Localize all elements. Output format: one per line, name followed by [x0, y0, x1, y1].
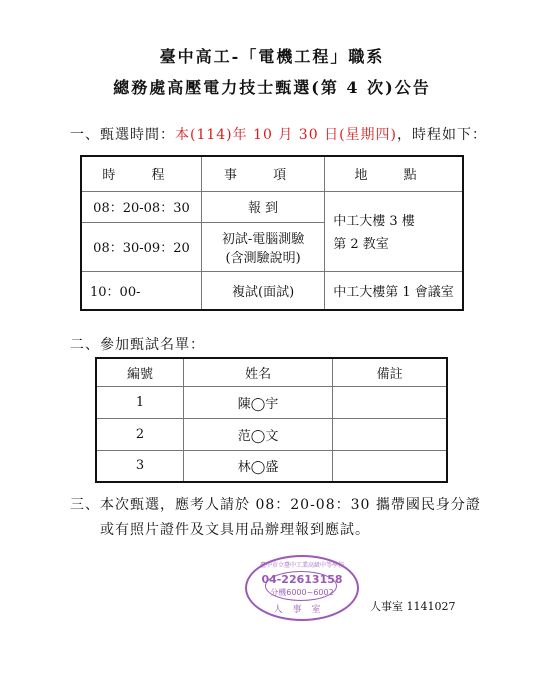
footer-signature: 人事室 1141027	[370, 598, 456, 614]
name-cell: 林◯盛	[184, 450, 333, 482]
schedule-row: 08：20-08：30 報 到 中工大樓 3 樓 第 2 教室	[81, 191, 463, 222]
number-cell: 3	[96, 450, 184, 482]
section-1-prefix: 一、甄選時間：	[70, 127, 175, 143]
number-cell: 2	[96, 418, 184, 450]
section-3-line-2: 或有照片證件及文具用品辦理報到應試。	[100, 519, 370, 539]
section-1-suffix: ，時程如下：	[397, 127, 487, 143]
candidate-table: 編號 姓名 備註 1 陳◯宇 2 范◯文 3 林◯盛	[95, 357, 448, 483]
location-cell: 中工大樓第 1 會議室	[325, 271, 463, 310]
seal-extension: 分機6000~6002	[247, 587, 357, 598]
section-3-line-1: 三、本次甄選，應考人請於 08：20-08：30 攜帶國民身分證	[70, 494, 481, 514]
name-cell: 范◯文	[184, 418, 333, 450]
schedule-row: 10：00- 複試(面試) 中工大樓第 1 會議室	[81, 271, 463, 310]
candidate-row: 2 范◯文	[96, 418, 447, 450]
seal-arc-text: 臺中市立臺中工業高級中等學校	[247, 560, 357, 569]
header-location: 地 點	[325, 156, 463, 191]
header-name: 姓名	[184, 358, 333, 386]
seal-dept: 人事室	[247, 602, 357, 615]
seal-phone: 04-22613158	[247, 573, 357, 586]
name-cell: 陳◯宇	[184, 386, 333, 418]
location-line-2: 第 2 教室	[333, 233, 462, 252]
item-cell: 初試-電腦測驗 (含測驗說明)	[201, 222, 324, 271]
title-line-1: 臺中高工-「電機工程」職系	[0, 44, 544, 67]
section-2-heading: 二、參加甄試名單：	[70, 334, 205, 354]
candidate-row: 3 林◯盛	[96, 450, 447, 482]
time-cell: 08：30-09：20	[81, 222, 201, 271]
location-cell: 中工大樓 3 樓 第 2 教室	[325, 191, 463, 271]
header-item: 事 項	[201, 156, 324, 191]
schedule-header-row: 時 程 事 項 地 點	[81, 156, 463, 191]
header-time: 時 程	[81, 156, 201, 191]
header-note: 備註	[333, 358, 447, 386]
title-line-2: 總務處高壓電力技士甄選(第 4 次)公告	[0, 75, 544, 98]
time-cell: 10：00-	[81, 271, 201, 310]
section-1-heading: 一、甄選時間：本(114)年 10 月 30 日(星期四)，時程如下：	[70, 124, 487, 144]
candidate-header-row: 編號 姓名 備註	[96, 358, 447, 386]
candidate-row: 1 陳◯宇	[96, 386, 447, 418]
exam-date: 本(114)年 10 月 30 日(星期四)	[175, 127, 397, 143]
header-number: 編號	[96, 358, 184, 386]
item-cell: 複試(面試)	[201, 271, 324, 310]
item-line-2: (含測驗說明)	[202, 247, 324, 266]
location-line-1: 中工大樓 3 樓	[333, 210, 462, 229]
time-cell: 08：20-08：30	[81, 191, 201, 222]
item-line-1: 初試-電腦測驗	[202, 228, 324, 247]
number-cell: 1	[96, 386, 184, 418]
schedule-table: 時 程 事 項 地 點 08：20-08：30 報 到 中工大樓 3 樓 第 2…	[80, 155, 464, 311]
item-cell: 報 到	[201, 191, 324, 222]
note-cell	[333, 386, 447, 418]
note-cell	[333, 450, 447, 482]
official-seal-stamp: 臺中市立臺中工業高級中等學校 04-22613158 分機6000~6002 人…	[245, 555, 359, 621]
note-cell	[333, 418, 447, 450]
